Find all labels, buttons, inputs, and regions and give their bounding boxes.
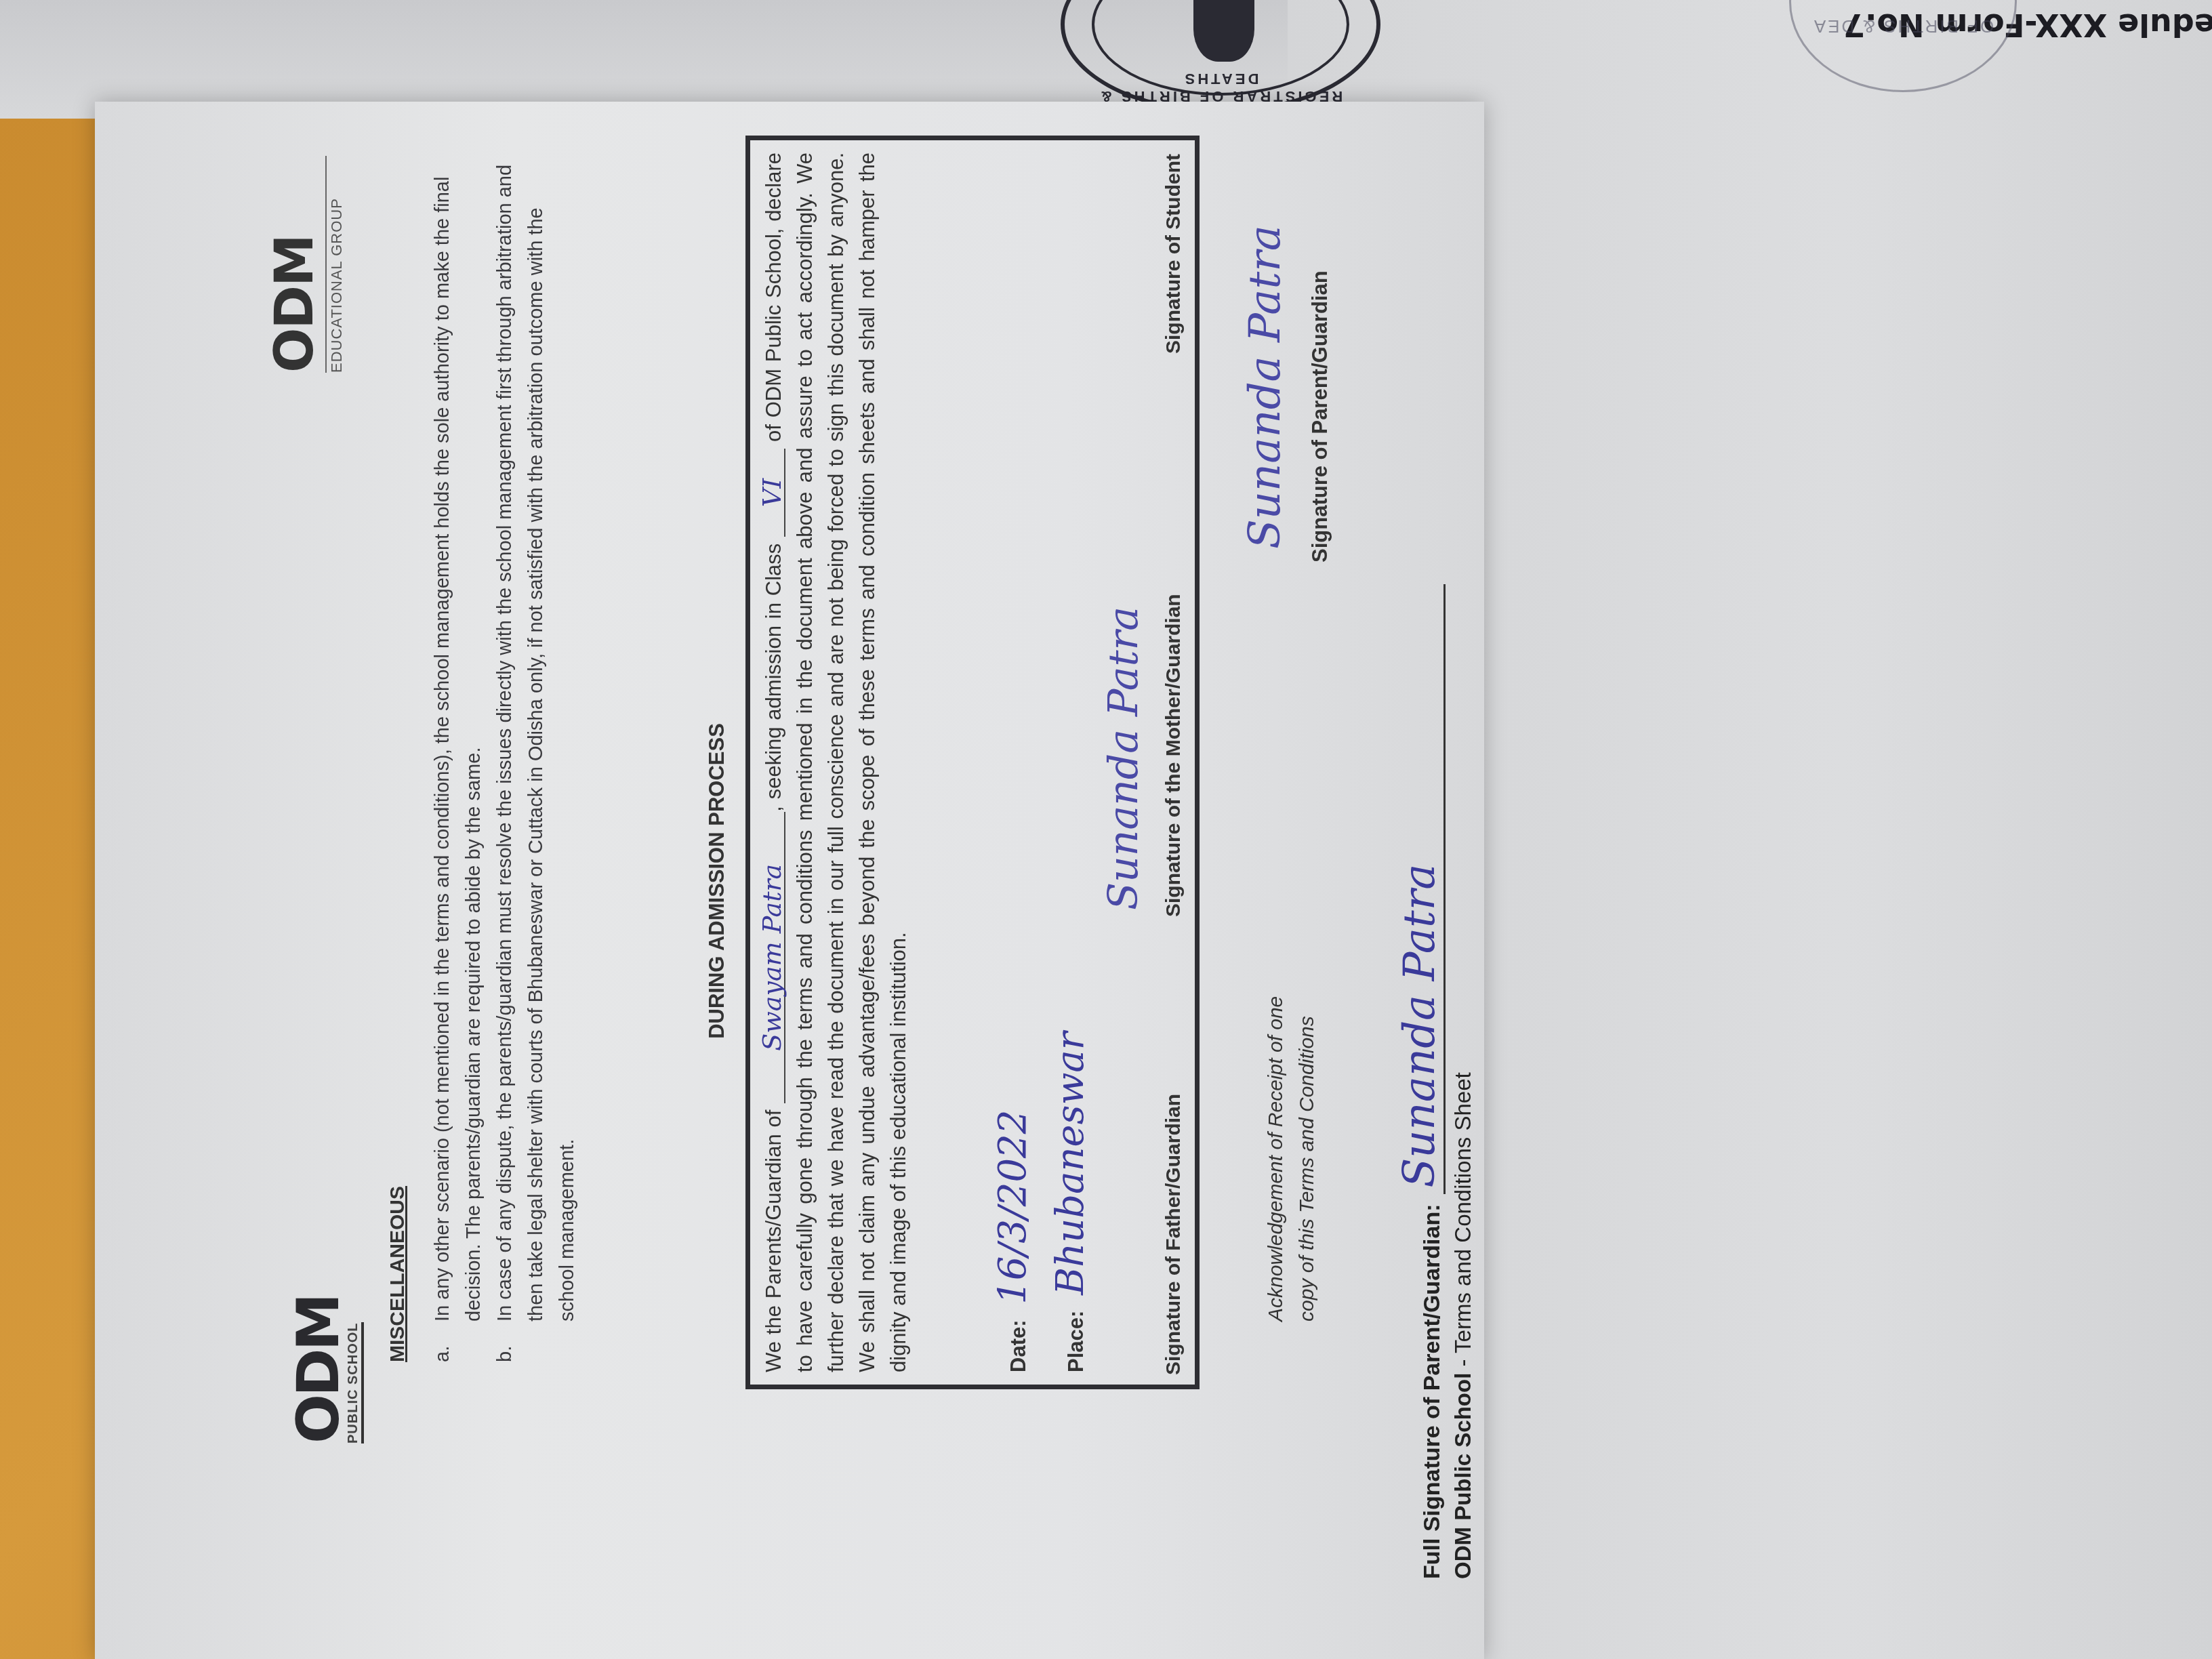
list-text: In case of any dispute, the parents/guar… — [489, 156, 583, 1322]
father-signature-label: Signature of Father/Guardian — [1162, 1094, 1185, 1375]
footer-school: ODM Public School — [1450, 1373, 1475, 1579]
logo-subtitle: PUBLIC SCHOOL — [346, 1322, 364, 1443]
class-field[interactable]: VI — [760, 449, 785, 537]
footer: ODM Public School - Terms and Conditions… — [1450, 1072, 1476, 1579]
miscellaneous-heading: MISCELLANEOUS — [386, 1186, 409, 1362]
mother-signature-label: Signature of the Mother/Guardian — [1162, 594, 1185, 917]
declaration-text: We the Parents/Guardian of Swayam Patra,… — [758, 152, 914, 1372]
ack-line1: Acknowledgement of Receipt of one — [1261, 996, 1292, 1322]
list-item: a. In any other scenario (not mentioned … — [427, 156, 489, 1362]
odm-educational-group-logo: ODM EDUCATIONAL GROUP — [264, 156, 359, 373]
place-label: Place: — [1064, 1311, 1088, 1372]
admission-heading: DURING ADMISSION PROCESS — [705, 102, 729, 1659]
document-page: ODM PUBLIC SCHOOL ODM EDUCATIONAL GROUP … — [95, 102, 1484, 1659]
official-stamp: REGISTRAR OF BIRTHS & DEATHS — [1061, 0, 1380, 113]
full-signature-row: Full Signature of Parent/Guardian: Sunan… — [1396, 585, 1446, 1580]
declaration-part1: We the Parents/Guardian of — [762, 1110, 785, 1372]
odm-public-school-logo: ODM PUBLIC SCHOOL — [285, 1281, 359, 1443]
emblem-icon — [1193, 0, 1254, 62]
acknowledgement-text: Acknowledgement of Receipt of one copy o… — [1261, 996, 1323, 1322]
student-signature-label: Signature of Student — [1162, 154, 1185, 354]
parent-signature[interactable]: Sunanda Patra — [1240, 225, 1290, 549]
page-content: ODM PUBLIC SCHOOL ODM EDUCATIONAL GROUP … — [95, 102, 1484, 1659]
mother-signature[interactable]: Sunanda Patra — [1100, 607, 1147, 910]
list-marker: a. — [427, 1322, 489, 1362]
full-signature-label: Full Signature of Parent/Guardian: — [1419, 1204, 1446, 1580]
group-logo-subtitle: EDUCATIONAL GROUP — [325, 156, 346, 373]
admission-declaration-box: We the Parents/Guardian of Swayam Patra,… — [745, 136, 1200, 1389]
student-name-field[interactable]: Swayam Patra — [760, 812, 785, 1103]
list-text: In any other scenario (not mentioned in … — [427, 156, 489, 1322]
faint-stamp-text: OF BIRTHS & DEA — [1791, 16, 2015, 37]
group-logo-mark: ODM — [264, 156, 325, 373]
list-marker: b. — [489, 1322, 583, 1362]
declaration-part2: , seeking admission in Class — [762, 544, 785, 812]
date-label: Date: — [1006, 1319, 1030, 1372]
place-field[interactable]: Bhubaneswar — [1048, 1031, 1092, 1295]
date-row: Date: 16/3/2022 — [991, 1110, 1035, 1372]
parent-signature-label: Signature of Parent/Guardian — [1308, 270, 1332, 562]
logo-mark: ODM — [285, 1296, 352, 1443]
list-item: b. In case of any dispute, the parents/g… — [489, 156, 583, 1362]
stamp-text: REGISTRAR OF BIRTHS & DEATHS — [1065, 70, 1376, 105]
full-signature-field[interactable]: Sunanda Patra — [1396, 585, 1446, 1195]
date-field[interactable]: 16/3/2022 — [991, 1110, 1035, 1305]
footer-title: - Terms and Conditions Sheet — [1450, 1072, 1475, 1372]
ack-line2: copy of this Terms and Conditions — [1292, 996, 1323, 1322]
place-row: Place: Bhubaneswar — [1048, 1031, 1092, 1372]
miscellaneous-list: a. In any other scenario (not mentioned … — [427, 156, 583, 1362]
